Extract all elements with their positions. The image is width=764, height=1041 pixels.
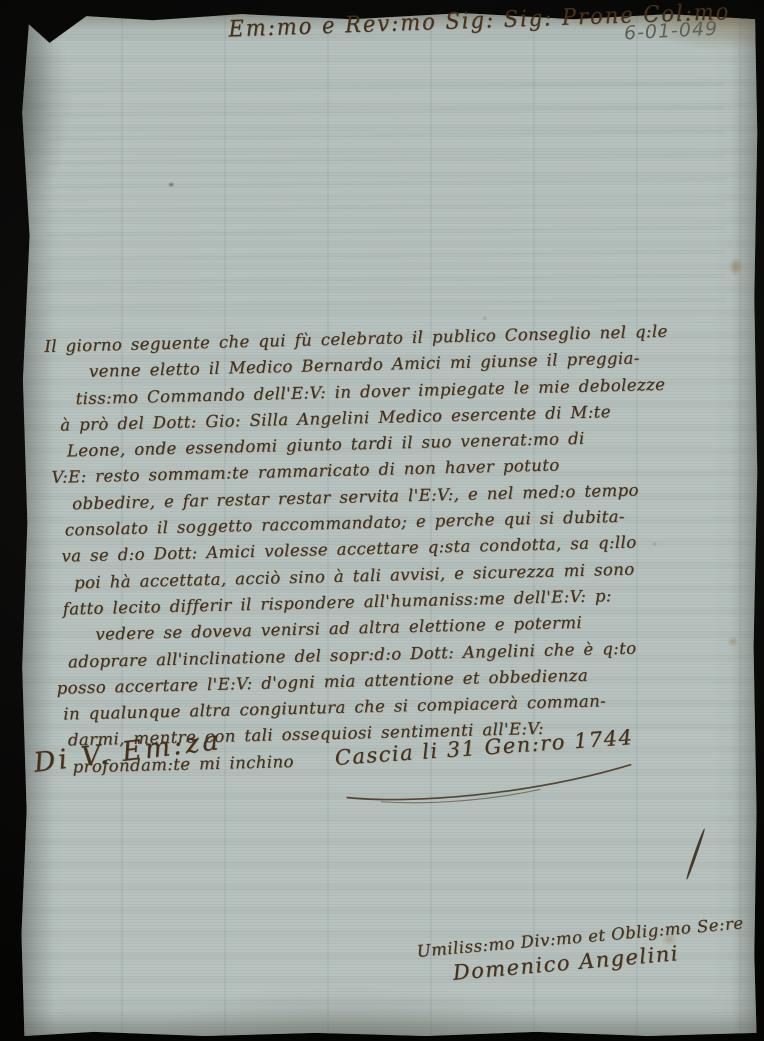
manuscript-body: Il giorno seguente che qui fù celebrato … xyxy=(44,317,763,781)
manuscript-photo: Em:mo e Rev:mo Sig: Sig: Prone Col:mo 6-… xyxy=(0,0,764,1041)
verso-showthrough-texture xyxy=(44,62,727,329)
